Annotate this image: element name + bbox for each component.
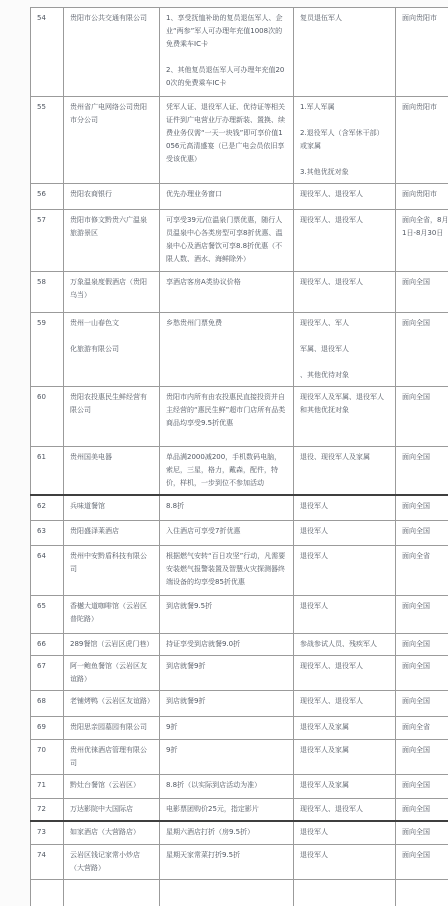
cell-company-name: 香樾大道咖啡馆（云岩区普陀路） [64, 595, 160, 633]
cell-discount-offer: 凭军人证、退役军人证、优待证等相关证件到广电营业厅办理新装、置换、续费业务仅需“… [160, 97, 294, 184]
cell-discount-offer: 享酒店客房A类协议价格 [160, 272, 294, 313]
cell-discount-offer: 8.8折 [160, 495, 294, 520]
cell-discount-offer: 到店就餐9.5折 [160, 595, 294, 633]
cell-discount-offer: 到店就餐9折 [160, 655, 294, 690]
cell-company-name: 贵阳盛泽莱酒店 [64, 520, 160, 545]
cell-eligible-persons: 现役军人、退役军人 [294, 655, 396, 690]
cell-company-name: 兵味道餐馆 [64, 495, 160, 520]
table-row: 64 贵州中安黔盾科技有限公司 根据燃气安转“百日攻坚”行动，凡需要安装燃气报警… [31, 545, 448, 595]
cell-row-number: 55 [31, 97, 64, 184]
cell-eligible-persons: 退役军人 [294, 495, 396, 520]
cell-eligible-persons: 现役军人、军人 军属、退役军人 、其他优待对象 [294, 313, 396, 387]
cell-row-number: 72 [31, 798, 64, 821]
cell-row-number: 60 [31, 387, 64, 447]
cell-row-number: 73 [31, 821, 64, 845]
cell-discount-offer: 乡愁贵州门票免费 [160, 313, 294, 387]
cell-scope: 面向全国 [396, 739, 448, 774]
table-row: 73 如家酒店（大营路店） 星期六酒店打折（房9.5折） 退役军人 面向全国 [31, 821, 448, 845]
cell-discount-offer: 可享受39元/位温泉门票优惠，随行人员温泉中心各类房型可享8折优惠、温泉中心及酒… [160, 210, 294, 272]
cell-eligible-persons: 现役军人、退役军人 [294, 690, 396, 716]
cell-scope: 面向全国 [396, 447, 448, 496]
cell-row-number: 67 [31, 655, 64, 690]
table-row: 65 香樾大道咖啡馆（云岩区普陀路） 到店就餐9.5折 退役军人 面向全国 [31, 595, 448, 633]
cell-scope: 面向全国 [396, 821, 448, 845]
cell-scope: 面向全国 [396, 272, 448, 313]
cell-eligible-persons: 退役军人及家属 [294, 716, 396, 739]
cell-eligible-persons: 退役军人及家属 [294, 739, 396, 774]
cell-scope: 面向全国 [396, 774, 448, 798]
cell-company-name: 黔灶台餐馆（云岩区） [64, 774, 160, 798]
table-row: 68 老铺烤鸭（云岩区友谊路） 到店就餐9折 现役军人、退役军人 面向全国 [31, 690, 448, 716]
cell-row-number: 65 [31, 595, 64, 633]
page: { "colors": { "text": "#4e5560", "border… [0, 0, 448, 845]
cell-row-number: 71 [31, 774, 64, 798]
cell-eligible-persons: 复员退伍军人 [294, 8, 396, 97]
table-row: 61 贵州国美电器 单品满2000减200，手机数码电脑，索尼，三星，格力，戴森… [31, 447, 448, 496]
cell-eligible-persons: 1.军人军属 2.退役军人（含军休干部）或家属 3.其他优抚对象 [294, 97, 396, 184]
cell-scope: 面向全国 [396, 690, 448, 716]
cell-company-name: 贵州国美电器 [64, 447, 160, 496]
cell-scope: 面向全国 [396, 595, 448, 633]
cell-row-number: 58 [31, 272, 64, 313]
cell-company-name: 贵阳市修文黔贵六广温泉旅游景区 [64, 210, 160, 272]
cell-scope: 面向全国 [396, 387, 448, 447]
cell-discount-offer: 到店就餐9折 [160, 690, 294, 716]
table-row: 59 贵州一山春色文 化旅游有限公司 乡愁贵州门票免费 现役军人、军人 军属、退… [31, 313, 448, 387]
table-row: 55 贵州省广电网络公司贵阳市分公司 凭军人证、退役军人证、优待证等相关证件到广… [31, 97, 448, 184]
cell-eligible-persons: 现役军人、退役军人 [294, 210, 396, 272]
cell-scope: 面向全国 [396, 798, 448, 821]
cell-discount-offer: 9折 [160, 716, 294, 739]
cell-scope: 面向全省 [396, 716, 448, 739]
cell-scope: 面向贵阳市 [396, 8, 448, 97]
table-row: 62 兵味道餐馆 8.8折 退役军人 面向全国 [31, 495, 448, 520]
cell-company-name: 万达影院中大国际店 [64, 798, 160, 821]
cell-row-number: 69 [31, 716, 64, 739]
cell-eligible-persons: 退役军人 [294, 520, 396, 545]
cell-company-name: 贵州优徕酒店管理有限公司 [64, 739, 160, 774]
cell-row-number: 59 [31, 313, 64, 387]
cell-row-number: 63 [31, 520, 64, 545]
cell-company-name: 如家酒店（大营路店） [64, 821, 160, 845]
table-row: 66 289餐馆（云岩区虎门巷） 持证享受到店就餐9.0折 参战参试人员、残疾军… [31, 633, 448, 655]
cell-row-number: 68 [31, 690, 64, 716]
cell-row-number: 61 [31, 447, 64, 496]
cell-discount-offer: 根据燃气安转“百日攻坚”行动，凡需要安装燃气报警装置及智慧火灾探测器终端设备的均… [160, 545, 294, 595]
table-row: 63 贵阳盛泽莱酒店 入住酒店可享受7折优惠 退役军人 面向全国 [31, 520, 448, 545]
table-row: 69 贵阳思亲园墓园有限公司 9折 退役军人及家属 面向全省 [31, 716, 448, 739]
cell-company-name: 老铺烤鸭（云岩区友谊路） [64, 690, 160, 716]
cell-scope: 面向全省，8月1日-8月30日 [396, 210, 448, 272]
cell-eligible-persons: 退役军人 [294, 595, 396, 633]
table-row: 72 万达影院中大国际店 电影票团购价25元，指定影片 现役军人、退役军人 面向… [31, 798, 448, 821]
cell-discount-offer: 9折 [160, 739, 294, 774]
cell-discount-offer: 电影票团购价25元，指定影片 [160, 798, 294, 821]
table-row: 71 黔灶台餐馆（云岩区） 8.8折（以实际到店活动为准） 退役军人及家属 面向… [31, 774, 448, 798]
cell-scope: 面向贵阳市 [396, 184, 448, 210]
cell-company-name: 贵州一山春色文 化旅游有限公司 [64, 313, 160, 387]
cell-discount-offer: 优先办理业务窗口 [160, 184, 294, 210]
table-row: 58 万象温泉度假酒店（贵阳乌当） 享酒店客房A类协议价格 现役军人、退役军人 … [31, 272, 448, 313]
cell-eligible-persons: 现役军人、退役军人 [294, 184, 396, 210]
cell-eligible-persons: 退役军人及家属 [294, 774, 396, 798]
cell-scope: 面向全国 [396, 655, 448, 690]
cell-eligible-persons: 现役军人、退役军人 [294, 798, 396, 821]
cell-company-name: 贵阳农商银行 [64, 184, 160, 210]
cell-scope: 面向全国 [396, 633, 448, 655]
cell-discount-offer: 单品满2000减200，手机数码电脑，索尼，三星，格力，戴森，配件，特价，样机，… [160, 447, 294, 496]
cell-company-name: 万象温泉度假酒店（贵阳乌当） [64, 272, 160, 313]
cell-company-name: 贵阳市公共交通有限公司 [64, 8, 160, 97]
document-table-container: 54 贵阳市公共交通有限公司 1、享受抚恤补助的复员退伍军人、企业“两参”军人可… [30, 7, 448, 845]
cell-eligible-persons: 退役军人 [294, 545, 396, 595]
cell-scope: 面向全国 [396, 313, 448, 387]
table-row: 54 贵阳市公共交通有限公司 1、享受抚恤补助的复员退伍军人、企业“两参”军人可… [31, 8, 448, 97]
cell-row-number: 64 [31, 545, 64, 595]
table-row: 56 贵阳农商银行 优先办理业务窗口 现役军人、退役军人 面向贵阳市 [31, 184, 448, 210]
table-body: 54 贵阳市公共交通有限公司 1、享受抚恤补助的复员退伍军人、企业“两参”军人可… [31, 8, 448, 846]
cell-eligible-persons: 现役军人、退役军人 [294, 272, 396, 313]
cell-scope: 面向全国 [396, 520, 448, 545]
cell-row-number: 54 [31, 8, 64, 97]
cell-row-number: 62 [31, 495, 64, 520]
cell-eligible-persons: 参战参试人员、残疾军人 [294, 633, 396, 655]
cell-company-name: 贵州省广电网络公司贵阳市分公司 [64, 97, 160, 184]
cell-discount-offer: 持证享受到店就餐9.0折 [160, 633, 294, 655]
cell-scope: 面向全国 [396, 495, 448, 520]
cell-company-name: 贵州中安黔盾科技有限公司 [64, 545, 160, 595]
cell-company-name: 289餐馆（云岩区虎门巷） [64, 633, 160, 655]
table-row: 57 贵阳市修文黔贵六广温泉旅游景区 可享受39元/位温泉门票优惠，随行人员温泉… [31, 210, 448, 272]
military-discount-table: 54 贵阳市公共交通有限公司 1、享受抚恤补助的复员退伍军人、企业“两参”军人可… [30, 7, 448, 845]
cell-row-number: 56 [31, 184, 64, 210]
cell-discount-offer: 入住酒店可享受7折优惠 [160, 520, 294, 545]
table-row: 60 贵阳农投惠民生鲜经营有限公司 贵阳市内所有由农投惠民直接投资并自主经营的“… [31, 387, 448, 447]
cell-discount-offer: 8.8折（以实际到店活动为准） [160, 774, 294, 798]
table-row: 70 贵州优徕酒店管理有限公司 9折 退役军人及家属 面向全国 [31, 739, 448, 774]
cell-company-name: 阿一鲍鱼餐馆（云岩区友谊路） [64, 655, 160, 690]
cell-scope: 面向全省 [396, 545, 448, 595]
cell-eligible-persons: 退役军人 [294, 821, 396, 845]
cell-company-name: 贵阳农投惠民生鲜经营有限公司 [64, 387, 160, 447]
cell-eligible-persons: 现役军人及军属、退役军人和其他优抚对象 [294, 387, 396, 447]
cell-row-number: 66 [31, 633, 64, 655]
cell-company-name: 贵阳思亲园墓园有限公司 [64, 716, 160, 739]
cell-discount-offer: 1、享受抚恤补助的复员退伍军人、企业“两参”军人可办理年充值1008次的免费乘车… [160, 8, 294, 97]
table-row: 67 阿一鲍鱼餐馆（云岩区友谊路） 到店就餐9折 现役军人、退役军人 面向全国 [31, 655, 448, 690]
cell-row-number: 57 [31, 210, 64, 272]
cell-discount-offer: 星期六酒店打折（房9.5折） [160, 821, 294, 845]
cell-eligible-persons: 退役、现役军人及家属 [294, 447, 396, 496]
cell-discount-offer: 贵阳市内所有由农投惠民直接投资并自主经营的“惠民生鲜”超市门店所有品类商品均享受… [160, 387, 294, 447]
cell-scope: 面向贵阳市 [396, 97, 448, 184]
cell-row-number: 70 [31, 739, 64, 774]
